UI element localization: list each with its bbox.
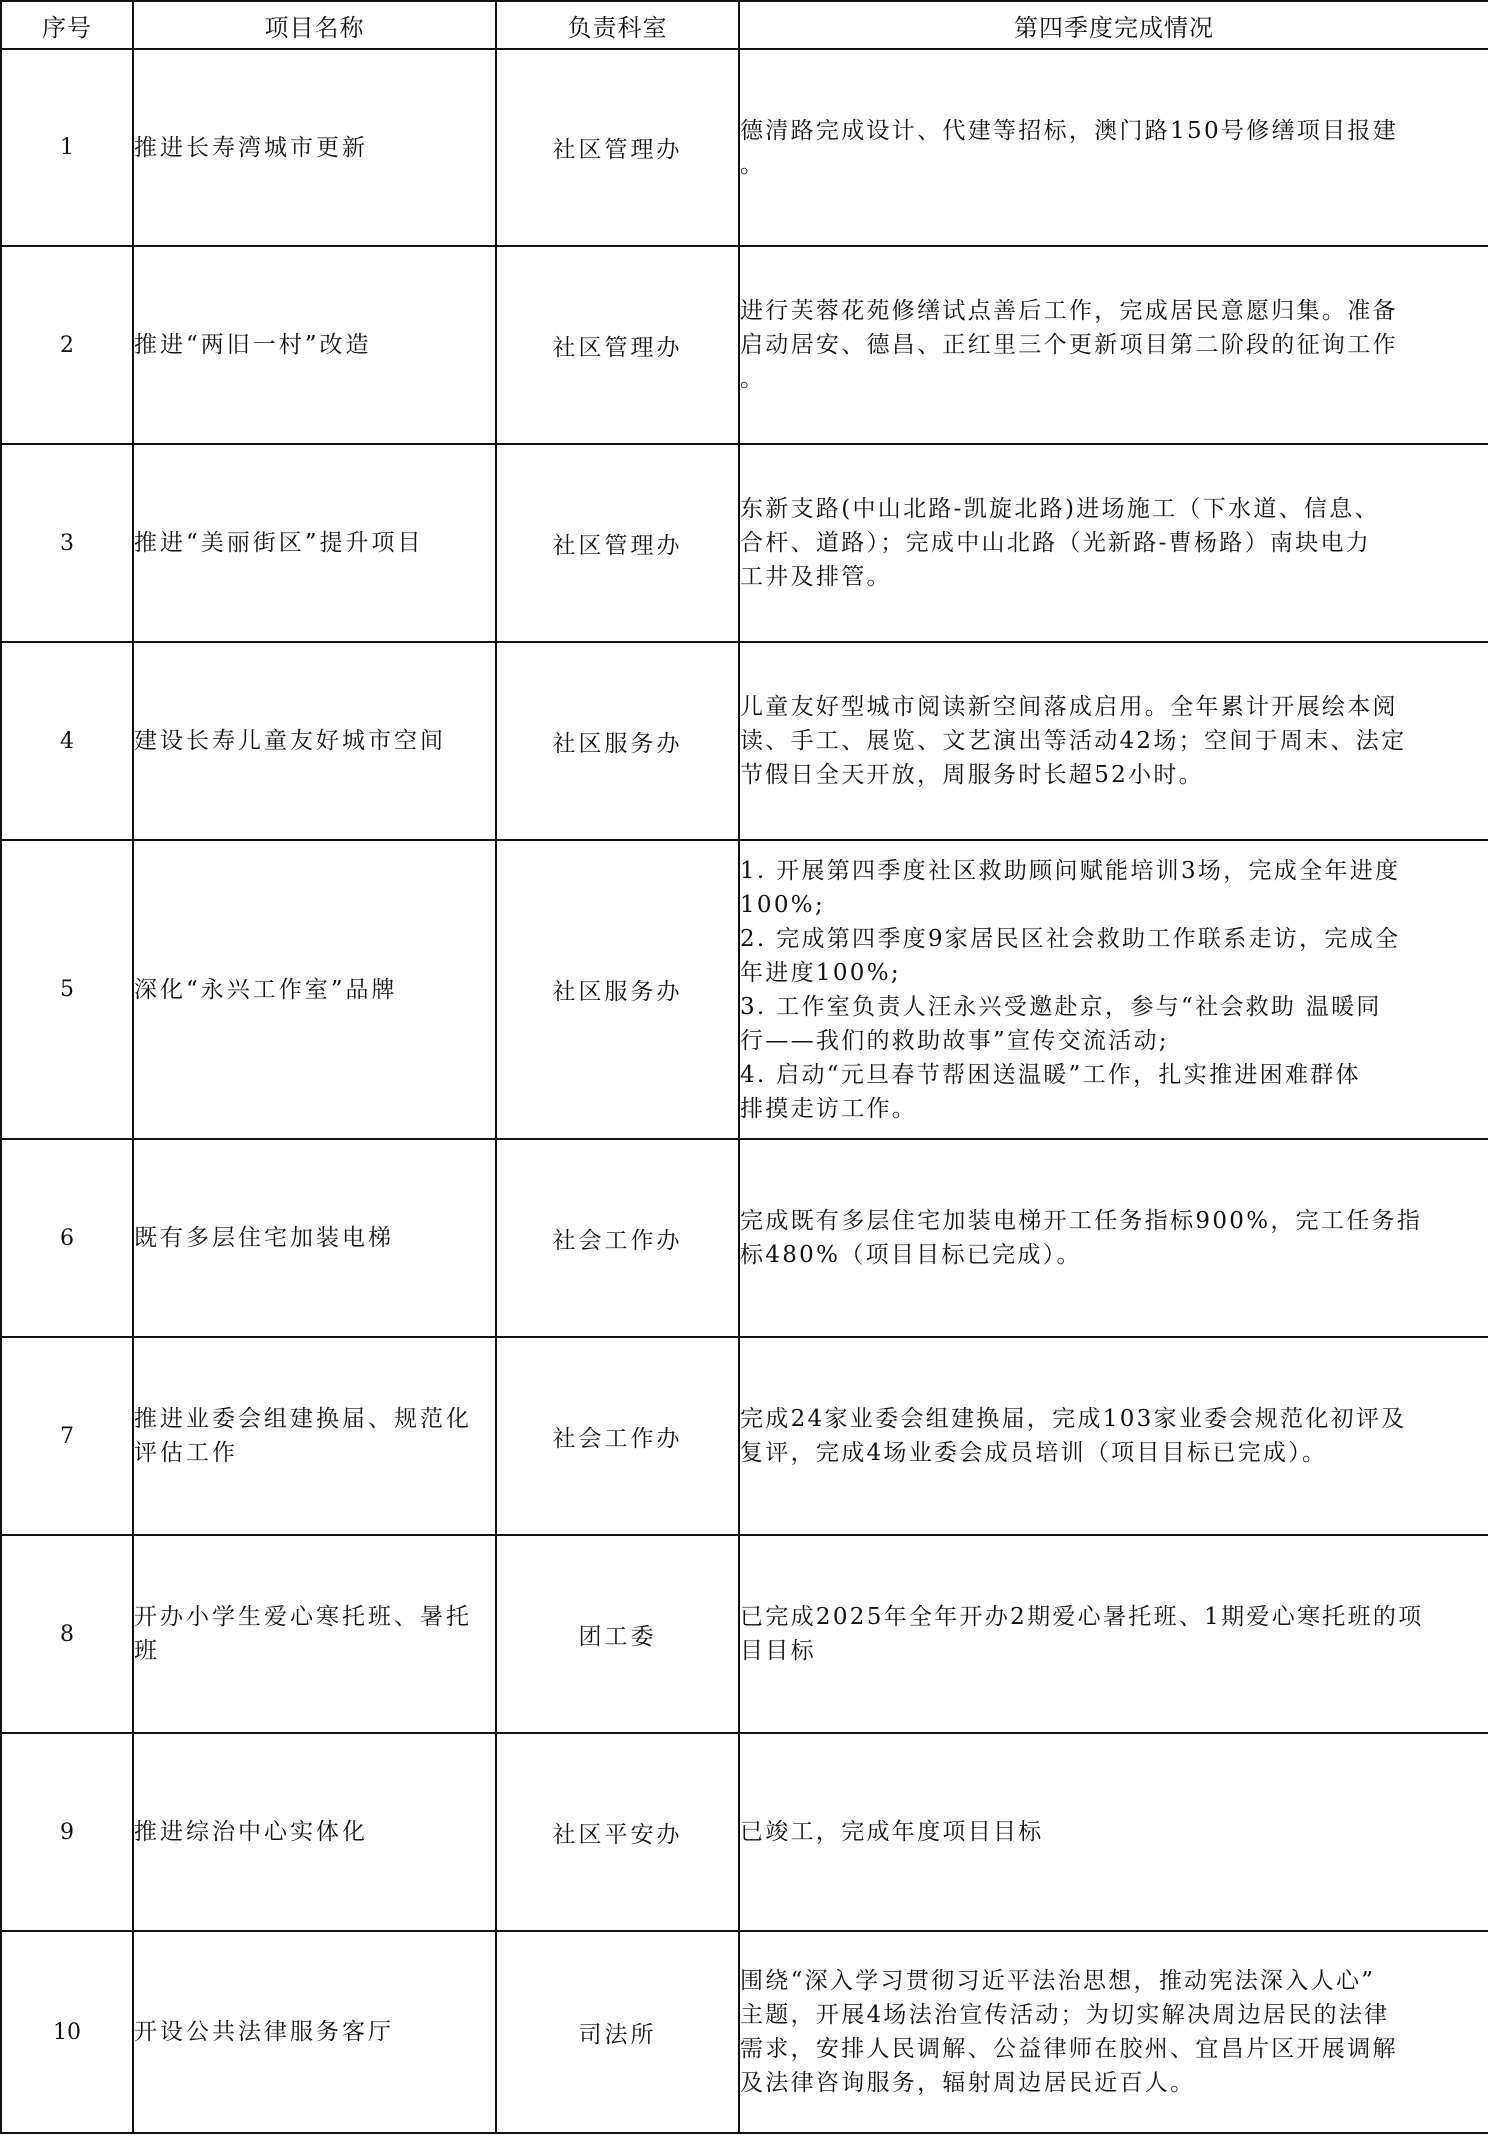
status-line: 年进度100%;: [740, 956, 1488, 990]
header-q4-status: 第四季度完成情况: [739, 1, 1488, 49]
cell-department: 司法所: [496, 1931, 739, 2133]
status-line: 需求，安排人民调解、公益律师在胶州、宜昌片区开展调解: [740, 2032, 1488, 2066]
header-no: 序号: [1, 1, 133, 49]
status-line: 完成既有多层住宅加装电梯开工任务指标900%，完工任务指: [740, 1204, 1488, 1238]
cell-department: 社区管理办: [496, 444, 739, 642]
cell-department: 社会工作办: [496, 1337, 739, 1535]
table-row: 4建设长寿儿童友好城市空间社区服务办儿童友好型城市阅读新空间落成启用。全年累计开…: [1, 642, 1488, 840]
cell-q4-status: 已完成2025年全年开办2期爱心暑托班、1期爱心寒托班的项目目标: [739, 1535, 1488, 1733]
cell-project-name: 推进“两旧一村”改造: [133, 246, 496, 444]
cell-department: 团工委: [496, 1535, 739, 1733]
cell-department: 社会工作办: [496, 1139, 739, 1337]
cell-no: 10: [1, 1931, 133, 2133]
cell-q4-status: 1. 开展第四季度社区救助顾问赋能培训3场，完成全年进度100%;2. 完成第四…: [739, 840, 1488, 1139]
status-line: 复评，完成4场业委会成员培训（项目目标已完成）。: [740, 1436, 1488, 1470]
status-line: 合杆、道路）；完成中山北路（光新路-曹杨路）南块电力: [740, 526, 1488, 560]
status-line: 100%;: [740, 888, 1488, 922]
table-row: 6既有多层住宅加装电梯社会工作办完成既有多层住宅加装电梯开工任务指标900%，完…: [1, 1139, 1488, 1337]
status-line: 节假日全天开放，周服务时长超52小时。: [740, 758, 1488, 792]
status-line: 东新支路(中山北路-凯旋北路)进场施工（下水道、信息、: [740, 492, 1488, 526]
table-row: 10开设公共法律服务客厅司法所围绕“深入学习贯彻习近平法治思想，推动宪法深入人心…: [1, 1931, 1488, 2133]
table-row: 9推进综治中心实体化社区平安办已竣工，完成年度项目目标: [1, 1733, 1488, 1931]
status-line: 主题，开展4场法治宣传活动；为切实解决周边居民的法律: [740, 1998, 1488, 2032]
status-line: 完成24家业委会组建换届，完成103家业委会规范化初评及: [740, 1402, 1488, 1436]
cell-q4-status: 围绕“深入学习贯彻习近平法治思想，推动宪法深入人心”主题，开展4场法治宣传活动；…: [739, 1931, 1488, 2133]
table-row: 5深化“永兴工作室”品牌社区服务办1. 开展第四季度社区救助顾问赋能培训3场，完…: [1, 840, 1488, 1139]
cell-no: 9: [1, 1733, 133, 1931]
status-line: 标480%（项目目标已完成）。: [740, 1238, 1488, 1272]
cell-project-name: 推进“美丽街区”提升项目: [133, 444, 496, 642]
cell-project-name: 建设长寿儿童友好城市空间: [133, 642, 496, 840]
cell-no: 2: [1, 246, 133, 444]
cell-project-name: 推进业委会组建换届、规范化评估工作: [133, 1337, 496, 1535]
table-row: 3推进“美丽街区”提升项目社区管理办东新支路(中山北路-凯旋北路)进场施工（下水…: [1, 444, 1488, 642]
cell-project-name: 既有多层住宅加装电梯: [133, 1139, 496, 1337]
status-line: 1. 开展第四季度社区救助顾问赋能培训3场，完成全年进度: [740, 854, 1488, 888]
cell-department: 社区服务办: [496, 840, 739, 1139]
cell-no: 4: [1, 642, 133, 840]
cell-q4-status: 完成既有多层住宅加装电梯开工任务指标900%，完工任务指标480%（项目目标已完…: [739, 1139, 1488, 1337]
status-line: 读、手工、展览、文艺演出等活动42场；空间于周末、法定: [740, 724, 1488, 758]
status-line: 4. 启动“元旦春节帮困送温暖”工作，扎实推进困难群体: [740, 1058, 1488, 1092]
cell-no: 6: [1, 1139, 133, 1337]
cell-project-name: 深化“永兴工作室”品牌: [133, 840, 496, 1139]
status-line: 目目标: [740, 1634, 1488, 1668]
status-line: 进行芙蓉花苑修缮试点善后工作，完成居民意愿归集。准备: [740, 294, 1488, 328]
cell-project-name: 开设公共法律服务客厅: [133, 1931, 496, 2133]
status-line: 已竣工，完成年度项目目标: [740, 1815, 1488, 1849]
table-row: 1推进长寿湾城市更新社区管理办德清路完成设计、代建等招标，澳门路150号修缮项目…: [1, 49, 1488, 246]
table-row: 8开办小学生爱心寒托班、暑托班团工委已完成2025年全年开办2期爱心暑托班、1期…: [1, 1535, 1488, 1733]
cell-no: 7: [1, 1337, 133, 1535]
header-row: 序号 项目名称 负责科室 第四季度完成情况: [1, 1, 1488, 49]
cell-no: 8: [1, 1535, 133, 1733]
cell-q4-status: 已竣工，完成年度项目目标: [739, 1733, 1488, 1931]
status-line: 工井及排管。: [740, 560, 1488, 594]
header-project-name: 项目名称: [133, 1, 496, 49]
cell-no: 3: [1, 444, 133, 642]
status-line: 德清路完成设计、代建等招标，澳门路150号修缮项目报建: [740, 114, 1488, 148]
cell-project-name: 推进综治中心实体化: [133, 1733, 496, 1931]
cell-q4-status: 儿童友好型城市阅读新空间落成启用。全年累计开展绘本阅读、手工、展览、文艺演出等活…: [739, 642, 1488, 840]
table-row: 2推进“两旧一村”改造社区管理办进行芙蓉花苑修缮试点善后工作，完成居民意愿归集。…: [1, 246, 1488, 444]
status-line: 。: [740, 362, 1488, 396]
status-line: 围绕“深入学习贯彻习近平法治思想，推动宪法深入人心”: [740, 1964, 1488, 1998]
cell-q4-status: 德清路完成设计、代建等招标，澳门路150号修缮项目报建。: [739, 49, 1488, 246]
cell-q4-status: 完成24家业委会组建换届，完成103家业委会规范化初评及复评，完成4场业委会成员…: [739, 1337, 1488, 1535]
cell-no: 1: [1, 49, 133, 246]
project-progress-table: 序号 项目名称 负责科室 第四季度完成情况 1推进长寿湾城市更新社区管理办德清路…: [0, 0, 1488, 2134]
status-line: 及法律咨询服务，辐射周边居民近百人。: [740, 2066, 1488, 2100]
cell-department: 社区平安办: [496, 1733, 739, 1931]
status-line: 启动居安、德昌、正红里三个更新项目第二阶段的征询工作: [740, 328, 1488, 362]
cell-project-name: 推进长寿湾城市更新: [133, 49, 496, 246]
cell-q4-status: 进行芙蓉花苑修缮试点善后工作，完成居民意愿归集。准备启动居安、德昌、正红里三个更…: [739, 246, 1488, 444]
cell-department: 社区服务办: [496, 642, 739, 840]
status-line: 排摸走访工作。: [740, 1092, 1488, 1126]
cell-department: 社区管理办: [496, 246, 739, 444]
cell-no: 5: [1, 840, 133, 1139]
status-line: 3. 工作室负责人汪永兴受邀赴京，参与“社会救助 温暖同: [740, 990, 1488, 1024]
table-row: 7推进业委会组建换届、规范化评估工作社会工作办完成24家业委会组建换届，完成10…: [1, 1337, 1488, 1535]
cell-project-name: 开办小学生爱心寒托班、暑托班: [133, 1535, 496, 1733]
status-line: 。: [740, 148, 1488, 182]
cell-department: 社区管理办: [496, 49, 739, 246]
status-line: 儿童友好型城市阅读新空间落成启用。全年累计开展绘本阅: [740, 690, 1488, 724]
header-department: 负责科室: [496, 1, 739, 49]
status-line: 2. 完成第四季度9家居民区社会救助工作联系走访，完成全: [740, 922, 1488, 956]
cell-q4-status: 东新支路(中山北路-凯旋北路)进场施工（下水道、信息、合杆、道路）；完成中山北路…: [739, 444, 1488, 642]
status-line: 行——我们的救助故事”宣传交流活动;: [740, 1024, 1488, 1058]
status-line: 已完成2025年全年开办2期爱心暑托班、1期爱心寒托班的项: [740, 1600, 1488, 1634]
